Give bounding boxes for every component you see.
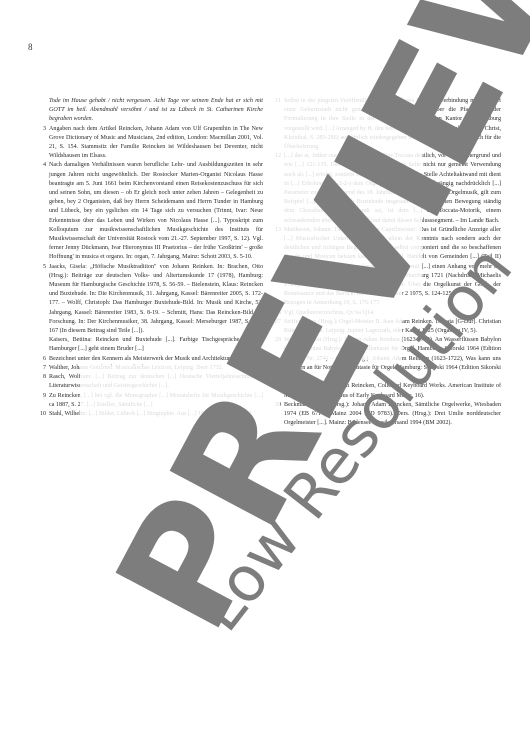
footnote-number: 9 <box>37 392 46 401</box>
footnote: 6Bezeichnet unter den Kennern als Meiste… <box>37 355 263 364</box>
footnote-text: Mattheson, Johann: Der Vollkommene Capel… <box>284 227 501 297</box>
footnote-number: 8 <box>37 373 46 382</box>
footnote: 7Walther, Johann Gottfried: Musicalische… <box>37 364 263 373</box>
footnote: Tode im Hause gehabt / nicht vergessen. … <box>37 97 263 125</box>
footnote: 29Apel, Willi (Hrsg.): Adam Reincken, Co… <box>272 382 501 400</box>
footnote: 11Selbst in der jüngsten Veröffentlichun… <box>272 97 501 152</box>
footnote-number: 12 <box>272 152 281 161</box>
footnote: 25Bezogen in Anmerkung 19, S. 176-177. <box>272 299 501 308</box>
footnote: 3Angaben nach dem Artikel Reincken, Joha… <box>37 125 263 162</box>
footnote: Kaisers, Bettina: Reincken und Buxtehude… <box>37 336 263 354</box>
footnote-number: 7 <box>37 364 46 373</box>
footnote-number: 25 <box>272 299 281 308</box>
footnote: 13Mattheson, Johann: Der Vollkommene Cap… <box>272 226 501 300</box>
footnote-number: 6 <box>37 355 46 364</box>
footnote: 8Rasch, Wolfram: [...] Beitrag zur deuts… <box>37 373 263 391</box>
footnote-text: Angaben nach dem Artikel Reincken, Johan… <box>49 126 263 160</box>
footnote-number: 4 <box>37 161 46 170</box>
footnote: 26Vgl. Quellenverzeichnis, Qv 6a Q14. <box>272 309 501 318</box>
footnote-number: 10 <box>37 410 46 419</box>
footnote-number: 13 <box>272 226 281 235</box>
footnote-text: Stahl, Wilhelm: [...] Bilder, Lübeck [..… <box>49 411 251 417</box>
footnote: 10Stahl, Wilhelm: [...] Bilder, Lübeck [… <box>37 410 263 419</box>
footnote-text: Bezeichnet unter den Kennern als Meister… <box>49 356 242 362</box>
footnote-text: Seiffert, Max (Hrsg.): Orgel-Meister II.… <box>284 319 501 334</box>
footnote-text: Nach damaligen Verhältnissen waren beruf… <box>49 162 263 260</box>
footnote: 30Beckmann, Klaus (Hrsg.): Johann Adam R… <box>272 401 501 429</box>
footnote-text: Tode im Hause gehabt / nicht vergessen. … <box>49 98 263 122</box>
page-number: 8 <box>28 42 33 52</box>
footnote-number: 28 <box>272 336 281 345</box>
footnote: 4Nach damaligen Verhältnissen waren beru… <box>37 161 263 262</box>
footnote-text: Walter, Helmut (Hrsg.): Johann Adam Rein… <box>284 337 501 380</box>
footnote-number: 30 <box>272 401 281 410</box>
footnote-text: Beckmann, Klaus (Hrsg.): Johann Adam Rei… <box>284 402 501 426</box>
footnote: 5Jaacks, Gisela: „Höfische Musiktraditio… <box>37 263 263 337</box>
footnote-text: Apel, Willi (Hrsg.): Adam Reincken, Coll… <box>284 383 501 398</box>
footnote-number: 3 <box>37 125 46 134</box>
footnote: 9Zu Reincken, [...] bei vgl. die Monogra… <box>37 392 263 410</box>
footnotes-right-column: 11Selbst in der jüngsten Veröffentlichun… <box>272 97 501 428</box>
footnote-number: 5 <box>37 263 46 272</box>
footnote-text: Rasch, Wolfram: [...] Beitrag zur deutsc… <box>49 374 263 389</box>
footnote-number: 26 <box>272 309 281 318</box>
footnote-text: Bezogen in Anmerkung 19, S. 176-177. <box>284 300 381 306</box>
footnote-number: 11 <box>272 97 281 106</box>
footnote-text: Vgl. Quellenverzeichnis, Qv 6a Q14. <box>284 310 375 316</box>
footnote-text: Walther, Johann Gottfried: Musicalisches… <box>49 365 223 371</box>
footnote-text: Zu Reincken, [...] bei vgl. die Monograp… <box>49 393 263 408</box>
footnote-number: 29 <box>272 382 281 391</box>
footnote: 12[...] das er, früher nur eine Reise [.… <box>272 152 501 226</box>
footnote-text: [...] das er, früher nur eine Reise [...… <box>284 153 501 223</box>
footnote-text: Kaisers, Bettina: Reincken und Buxtehude… <box>49 337 263 352</box>
footnote-text: Selbst in der jüngsten Veröffentlichung … <box>284 98 501 150</box>
footnote-number: 27 <box>272 318 281 327</box>
footnote: 27Seiffert, Max (Hrsg.): Orgel-Meister I… <box>272 318 501 336</box>
footnote: 28Walter, Helmut (Hrsg.): Johann Adam Re… <box>272 336 501 382</box>
footnote-text: Jaacks, Gisela: „Höfische Musiktradition… <box>49 264 263 334</box>
footnotes-left-column: Tode im Hause gehabt / nicht vergessen. … <box>37 97 263 419</box>
